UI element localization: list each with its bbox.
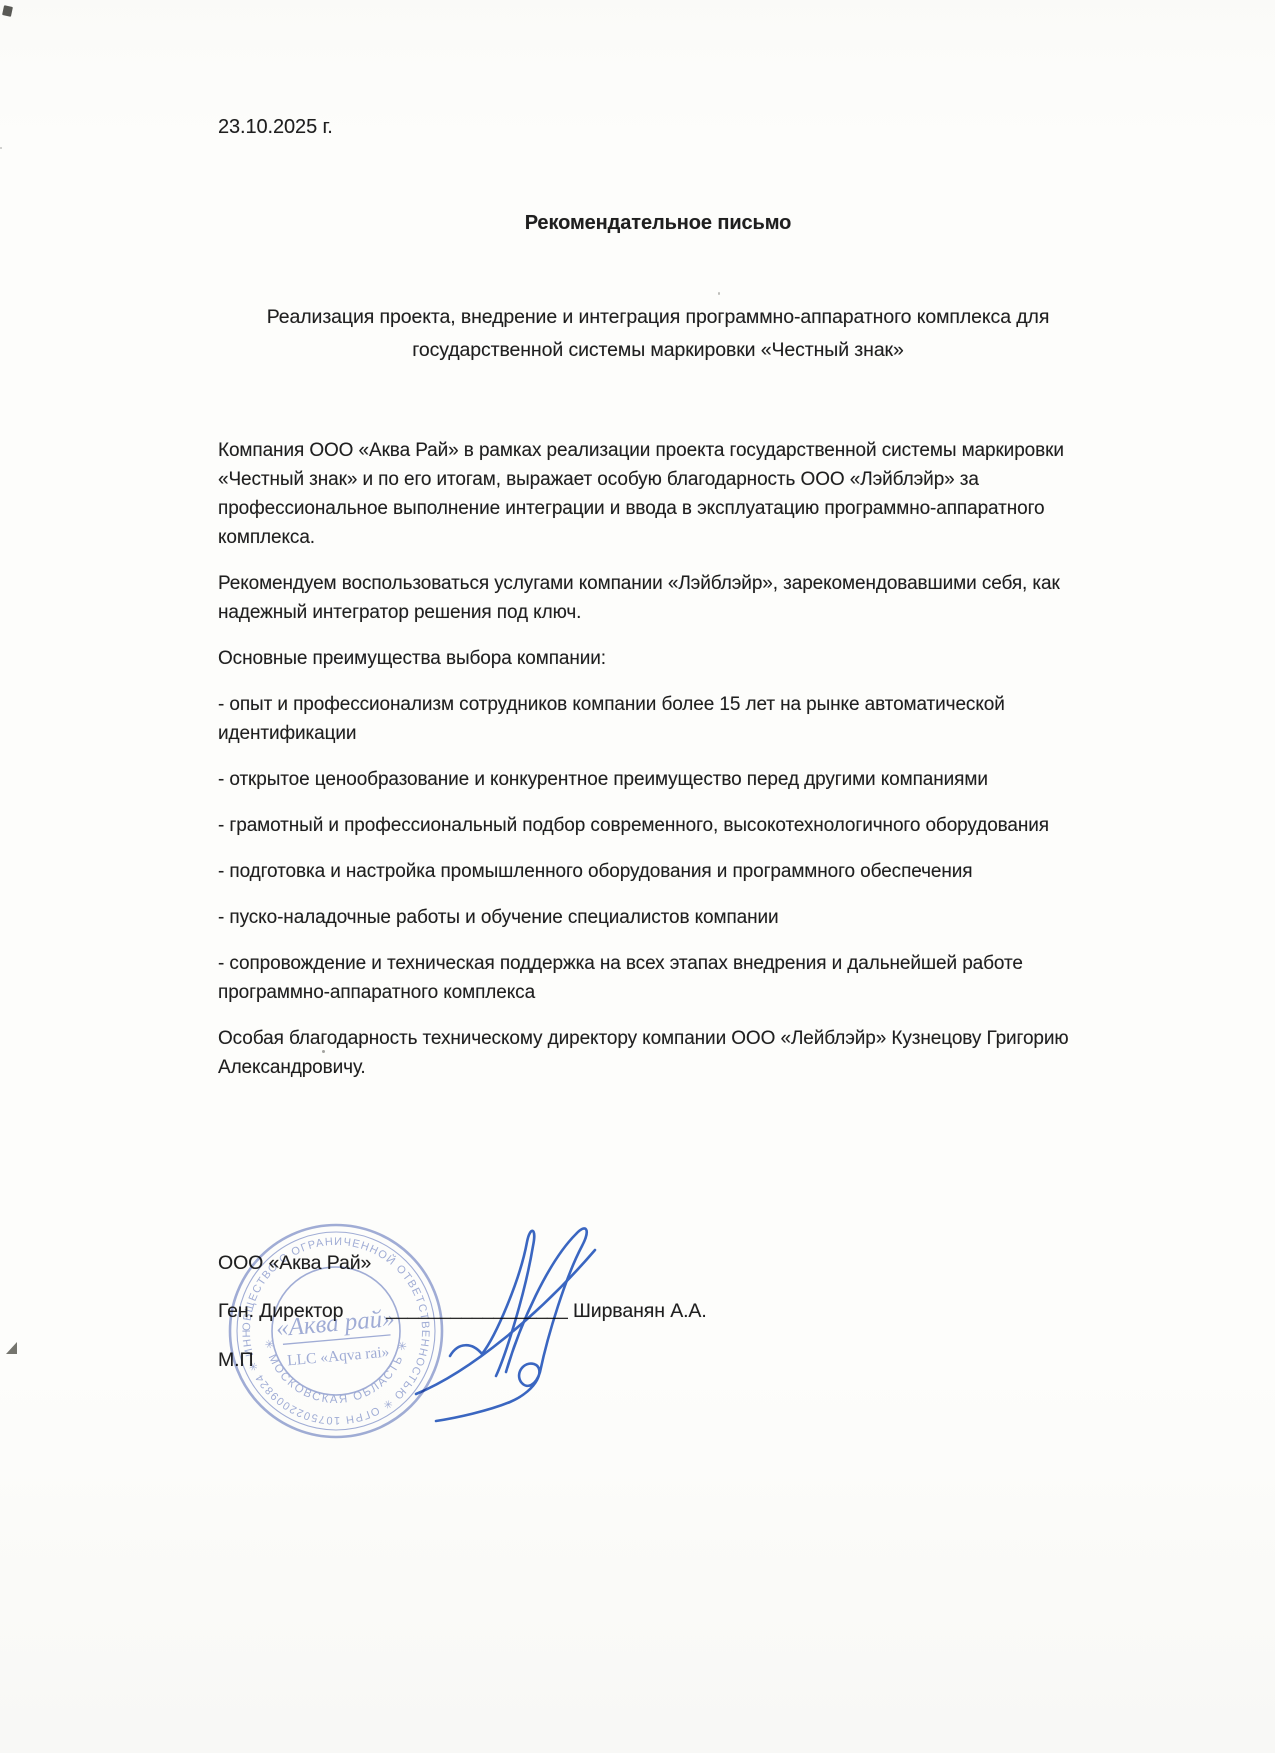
bullet-support: - сопровождение и техническая поддержка … xyxy=(218,949,1102,1007)
subject-line-1: Реализация проекта, внедрение и интеграц… xyxy=(198,301,1118,334)
scan-artifact-corner xyxy=(2,5,13,17)
letter-page: 23.10.2025 г. Рекомендательное письмо Ре… xyxy=(0,0,1275,1753)
bullet-equipment-selection: - грамотный и профессиональный подбор со… xyxy=(218,811,1102,840)
handwritten-signature xyxy=(388,1222,644,1428)
paragraph-closing: Особая благодарность техническому директ… xyxy=(218,1024,1102,1082)
scan-speck xyxy=(322,1050,325,1053)
paragraph-advantages-intro: Основные преимущества выбора компании: xyxy=(218,644,1102,673)
subject-line-2: государственной системы маркировки «Чест… xyxy=(198,334,1118,367)
stamp-center-name-latin: LLC «Aqva rai» xyxy=(286,1343,390,1369)
bullet-training: - пуско-наладочные работы и обучение спе… xyxy=(218,903,1102,932)
letter-body: Компания ООО «Аква Рай» в рамках реализа… xyxy=(218,436,1102,1099)
paragraph-recommendation: Рекомендуем воспользоваться услугами ком… xyxy=(218,569,1102,627)
letter-title: Рекомендательное письмо xyxy=(218,212,1098,235)
letter-subject: Реализация проекта, внедрение и интеграц… xyxy=(198,301,1118,367)
bullet-experience: - опыт и профессионализм сотрудников ком… xyxy=(218,690,1102,748)
bullet-pricing: - открытое ценообразование и конкурентно… xyxy=(218,765,1102,794)
paragraph-gratitude: Компания ООО «Аква Рай» в рамках реализа… xyxy=(218,436,1102,552)
scan-speck xyxy=(0,147,2,149)
bullet-setup: - подготовка и настройка промышленного о… xyxy=(218,857,1102,886)
scan-artifact-edge xyxy=(6,1342,17,1354)
scan-speck xyxy=(718,292,720,295)
letter-date: 23.10.2025 г. xyxy=(218,116,333,139)
